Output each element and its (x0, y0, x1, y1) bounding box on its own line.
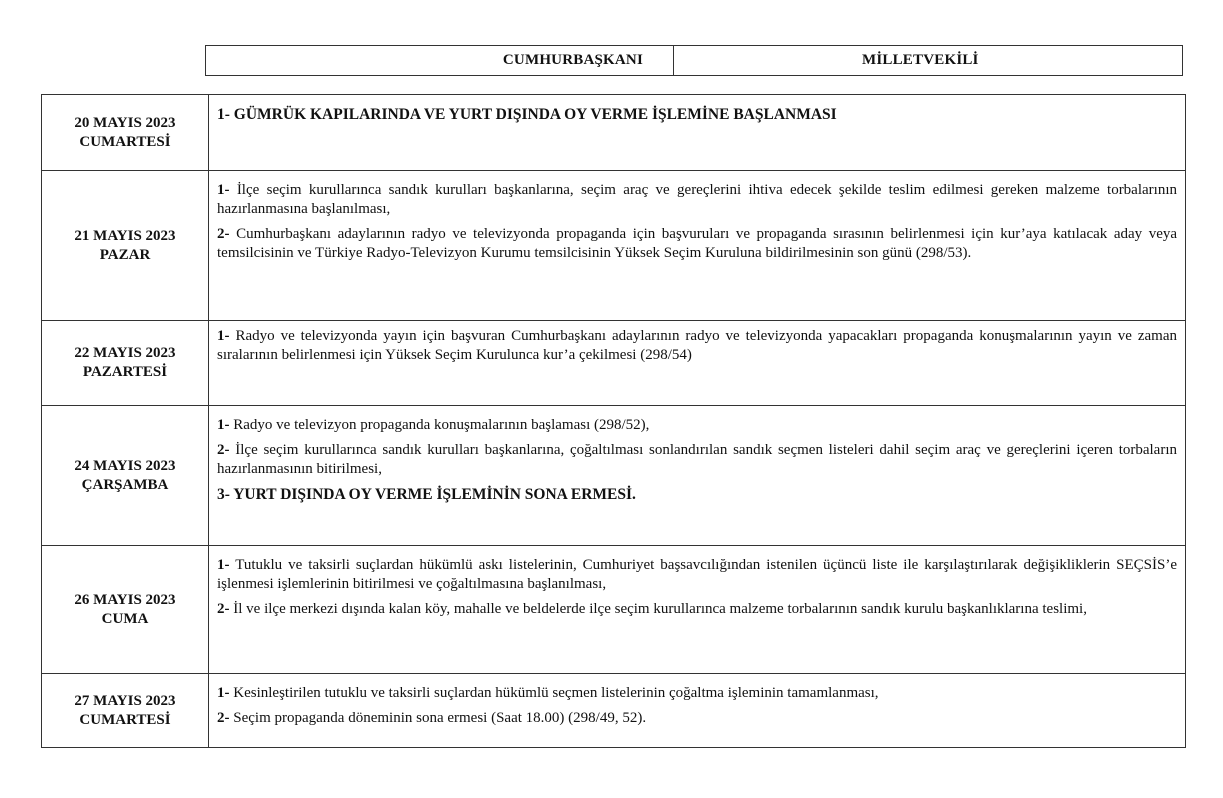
date-cell: 21 MAYIS 2023PAZAR (42, 171, 209, 320)
event-item: 1- GÜMRÜK KAPILARINDA VE YURT DIŞINDA OY… (217, 105, 1177, 124)
date-cell: 27 MAYIS 2023CUMARTESİ (42, 674, 209, 747)
event-item: 1- Radyo ve televizyon propaganda konuşm… (217, 416, 1177, 435)
event-item: 1- Kesinleştirilen tutuklu ve taksirli s… (217, 684, 1177, 703)
item-text: GÜMRÜK KAPILARINDA VE YURT DIŞINDA OY VE… (234, 106, 837, 123)
date-text: 27 MAYIS 2023 (74, 692, 175, 711)
table-row: 24 MAYIS 2023ÇARŞAMBA1- Radyo ve televiz… (42, 406, 1185, 546)
event-item: 2- Seçim propaganda döneminin sona ermes… (217, 709, 1177, 728)
event-item: 1- Radyo ve televizyonda yayın için başv… (217, 327, 1177, 365)
item-text: Seçim propaganda döneminin sona ermesi (… (233, 710, 646, 726)
table-row: 21 MAYIS 2023PAZAR1- İlçe seçim kurullar… (42, 171, 1185, 321)
event-list: 1- Kesinleştirilen tutuklu ve taksirli s… (209, 674, 1185, 747)
event-item: 1- Tutuklu ve taksirli suçlardan hükümlü… (217, 556, 1177, 594)
date-text: 26 MAYIS 2023 (74, 591, 175, 610)
date-cell: 20 MAYIS 2023CUMARTESİ (42, 95, 209, 170)
item-text: İlçe seçim kurullarınca sandık kurulları… (217, 182, 1177, 217)
event-item: 1- İlçe seçim kurullarınca sandık kurull… (217, 181, 1177, 219)
item-number: 1- (217, 685, 230, 701)
event-list: 1- Radyo ve televizyonda yayın için başv… (209, 321, 1185, 405)
event-list: 1- Tutuklu ve taksirli suçlardan hükümlü… (209, 546, 1185, 673)
item-text: Cumhurbaşkanı adaylarının radyo ve telev… (217, 226, 1177, 261)
item-number: 2- (217, 710, 230, 726)
item-text: Radyo ve televizyonda yayın için başvura… (217, 328, 1177, 363)
event-item: 2- İlçe seçim kurullarınca sandık kurull… (217, 441, 1177, 479)
header-president: CUMHURBAŞKANI (206, 46, 674, 75)
item-number: 2- (217, 226, 230, 242)
event-list: 1- GÜMRÜK KAPILARINDA VE YURT DIŞINDA OY… (209, 95, 1185, 170)
item-text: İlçe seçim kurullarınca sandık kurulları… (217, 442, 1177, 477)
weekday-text: PAZAR (100, 246, 151, 265)
item-number: 1- (217, 328, 230, 344)
table-row: 26 MAYIS 2023CUMA1- Tutuklu ve taksirli … (42, 546, 1185, 674)
date-text: 24 MAYIS 2023 (74, 457, 175, 476)
item-number: 3- (217, 486, 230, 503)
item-text: YURT DIŞINDA OY VERME İŞLEMİNİN SONA ERM… (233, 486, 636, 503)
event-list: 1- İlçe seçim kurullarınca sandık kurull… (209, 171, 1185, 320)
item-number: 1- (217, 106, 230, 123)
item-text: Kesinleştirilen tutuklu ve taksirli suçl… (233, 685, 878, 701)
item-number: 2- (217, 601, 230, 617)
table-row: 20 MAYIS 2023CUMARTESİ1- GÜMRÜK KAPILARI… (42, 95, 1185, 171)
date-cell: 24 MAYIS 2023ÇARŞAMBA (42, 406, 209, 545)
item-number: 2- (217, 442, 230, 458)
weekday-text: ÇARŞAMBA (82, 476, 169, 495)
date-text: 21 MAYIS 2023 (74, 227, 175, 246)
date-cell: 26 MAYIS 2023CUMA (42, 546, 209, 673)
table-row: 22 MAYIS 2023PAZARTESİ1- Radyo ve televi… (42, 321, 1185, 406)
item-text: İl ve ilçe merkezi dışında kalan köy, ma… (233, 601, 1087, 617)
event-item: 2- Cumhurbaşkanı adaylarının radyo ve te… (217, 225, 1177, 263)
column-header-table: CUMHURBAŞKANI MİLLETVEKİLİ (205, 45, 1183, 76)
header-deputy: MİLLETVEKİLİ (674, 46, 1182, 75)
weekday-text: CUMA (102, 610, 149, 629)
date-cell: 22 MAYIS 2023PAZARTESİ (42, 321, 209, 405)
date-text: 22 MAYIS 2023 (74, 344, 175, 363)
item-text: Tutuklu ve taksirli suçlardan hükümlü as… (217, 557, 1177, 592)
item-number: 1- (217, 557, 230, 573)
weekday-text: PAZARTESİ (83, 363, 167, 382)
event-list: 1- Radyo ve televizyon propaganda konuşm… (209, 406, 1185, 545)
election-schedule-table: 20 MAYIS 2023CUMARTESİ1- GÜMRÜK KAPILARI… (41, 94, 1186, 748)
event-item: 2- İl ve ilçe merkezi dışında kalan köy,… (217, 600, 1177, 619)
date-text: 20 MAYIS 2023 (74, 114, 175, 133)
event-item: 3- YURT DIŞINDA OY VERME İŞLEMİNİN SONA … (217, 485, 1177, 504)
item-number: 1- (217, 417, 230, 433)
item-number: 1- (217, 182, 230, 198)
table-row: 27 MAYIS 2023CUMARTESİ1- Kesinleştirilen… (42, 674, 1185, 747)
weekday-text: CUMARTESİ (79, 133, 170, 152)
weekday-text: CUMARTESİ (79, 711, 170, 730)
item-text: Radyo ve televizyon propaganda konuşmala… (233, 417, 649, 433)
